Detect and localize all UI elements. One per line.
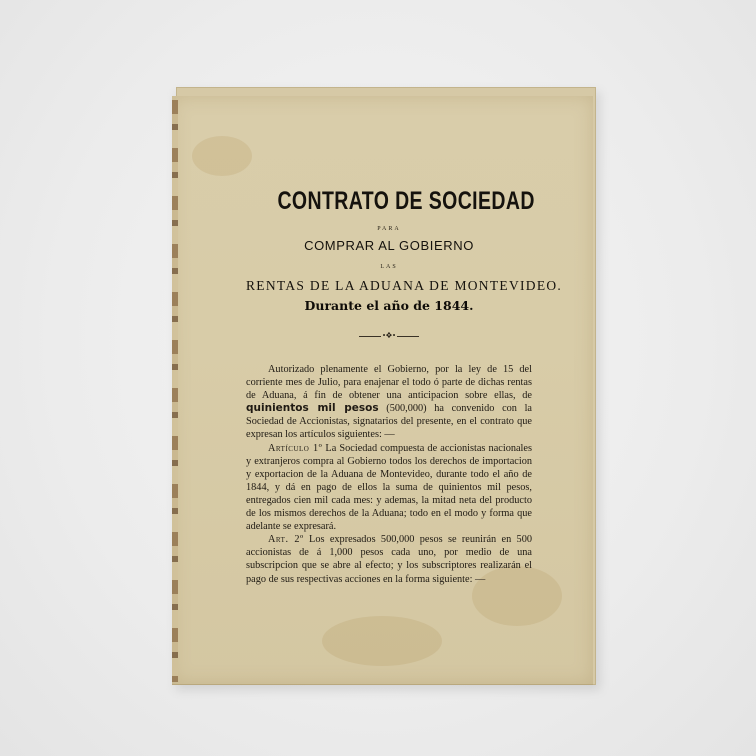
paper-stain: [192, 136, 252, 176]
article-1-label: Artículo 1º: [268, 443, 322, 454]
article-1-text: La Sociedad compuesta de accionistas nac…: [246, 443, 532, 533]
intro-paragraph: Autorizado plenamente el Gobierno, por l…: [246, 363, 532, 442]
document-title: CONTRATO DE SOCIEDAD: [277, 186, 500, 216]
divider-line: [397, 336, 419, 337]
intro-bold-amount: quinientos mil pesos: [246, 402, 379, 414]
subtitle-rentas: RENTAS DE LA ADUANA DE MONTEVIDEO.: [246, 278, 532, 294]
connector-las: LAS: [246, 263, 532, 271]
divider-line: [359, 336, 381, 337]
body-text: Autorizado plenamente el Gobierno, por l…: [246, 363, 532, 586]
paper-stain: [322, 616, 442, 666]
document-content: CONTRATO DE SOCIEDAD PARA COMPRAR AL GOB…: [246, 186, 532, 586]
connector-para: PARA: [246, 225, 532, 233]
article-2-label: Art. 2º: [268, 534, 304, 545]
intro-text-1: Autorizado plenamente el Gobierno, por l…: [246, 364, 532, 401]
binding-spine: [172, 100, 178, 682]
ornament-icon: •❖•: [383, 331, 396, 341]
subtitle-year: Durante el año de 1844.: [246, 297, 532, 315]
subtitle-comprar: COMPRAR AL GOBIERNO: [246, 238, 532, 254]
ornament-divider: •❖•: [246, 331, 532, 341]
article-2-paragraph: Art. 2º Los expresados 500,000 pesos se …: [246, 533, 532, 585]
article-1-paragraph: Artículo 1º La Sociedad compuesta de acc…: [246, 442, 532, 534]
